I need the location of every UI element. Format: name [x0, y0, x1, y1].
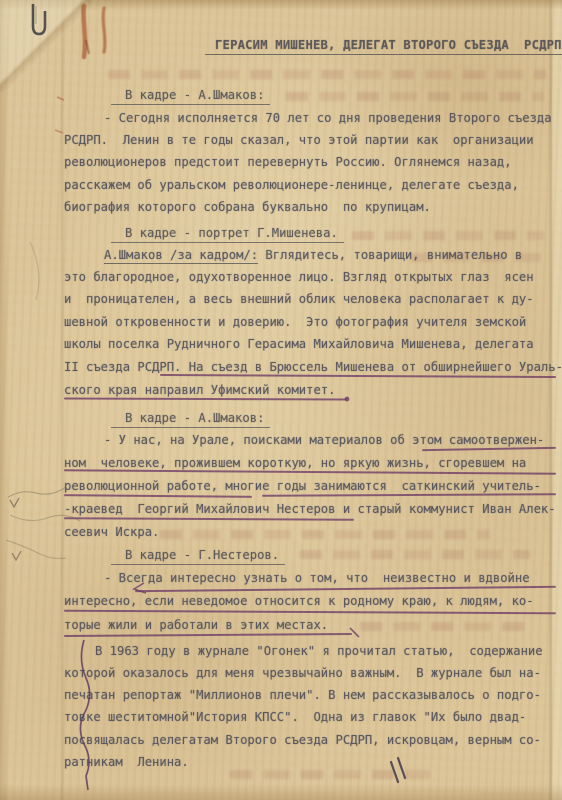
ink-underline: [64, 494, 252, 497]
scene-heading-4: В кадре - Г.Нестеров.: [111, 548, 285, 565]
double-slash-mark: [391, 758, 405, 782]
paragraph-4-line-3: торые жили и работали в этих местах.: [64, 618, 328, 632]
document-title: ГЕРАСИМ МИШЕНЕВ, ДЕЛЕГАТ ВТОРОГО СЪЕЗДА …: [205, 38, 562, 55]
ink-underline: [135, 586, 556, 592]
paragraph-5-line-3: печатан репортаж "Миллионов плечи". В не…: [64, 688, 541, 702]
paragraph-2-line-3: и проницателен, а весь внешний облик чел…: [64, 292, 534, 306]
red-margin-dashes: [55, 97, 64, 133]
ghost-text-line: [300, 550, 530, 559]
scene-heading-2: В кадре - портрет Г.Мишенева.: [111, 226, 344, 243]
speaker-label: А.Шмаков /за кадром/:: [104, 248, 258, 264]
ghost-text-line: [230, 770, 430, 779]
paragraph-2-line-1-rest: Вглядитесь, товарищи, внимательно в: [258, 248, 522, 262]
paragraph-1-line-2: РСДРП. Ленин в те годы сказал, что этой …: [64, 133, 534, 147]
typescript-page: ГЕРАСИМ МИШЕНЕВ, ДЕЛЕГАТ ВТОРОГО СЪЕЗДА …: [0, 0, 562, 800]
paragraph-4-line-1: - Всегда интересно узнать о том, что неи…: [104, 571, 530, 585]
ink-underline: [64, 398, 347, 401]
ghost-text-line: [108, 70, 546, 79]
paragraph-3-line-2: ном человеке, прожившем короткую, но ярк…: [64, 456, 526, 470]
scene-heading-1: В кадре - А.Шмаков:: [111, 88, 270, 105]
paragraph-5-line-4: товке шеститомной"История КПСС". Одна из…: [64, 710, 526, 724]
paragraph-5-line-5: посвящалась делегатам Второго съезда РСД…: [64, 733, 541, 747]
ink-underline: [64, 517, 354, 520]
ink-underline: [262, 493, 556, 496]
ghost-text-line: [286, 92, 544, 101]
paragraph-2-line-6: II съезда РСДРП. На съезд в Брюссель Миш…: [64, 360, 562, 374]
paragraph-3-line-5: сеевич Искра.: [64, 525, 159, 539]
paragraph-1-line-5: биография которого собрана буквально по …: [64, 200, 431, 214]
paragraph-2-line-7: ского края направил Уфимский комитет.: [64, 383, 336, 397]
scene-heading-3: В кадре - А.Шмаков:: [111, 411, 270, 428]
paragraph-1-line-1: - Сегодня исполняется 70 лет со дня пров…: [104, 111, 552, 125]
ghost-text-line: [160, 530, 490, 539]
torn-corner-crease: [0, 0, 92, 92]
paragraph-3-line-4: -краевед Георгий Михайлович Нестеров и с…: [64, 502, 556, 516]
ghost-text-line: [360, 622, 530, 631]
paragraph-5-line-2: которой оказалось для меня чрезвычайно в…: [64, 666, 541, 680]
ink-underline: [64, 469, 556, 474]
ink-underline: [64, 633, 352, 637]
ink-underline: [422, 447, 556, 451]
paragraph-1-line-3: революционеров предстоит перевернуть Рос…: [64, 155, 512, 169]
paragraph-5-line-6: ратникам Ленина.: [64, 755, 189, 769]
ink-underline: [64, 610, 556, 614]
ink-underline: [160, 374, 556, 378]
paragraph-2-line-1: А.Шмаков /за кадром/: Вглядитесь, товари…: [104, 248, 522, 262]
ghost-text-line: [352, 231, 544, 240]
paragraph-4-line-2: интересно, если неведомое относится к ро…: [64, 594, 534, 608]
paragraph-5-line-1: В 1963 году в журнале "Огонек" я прочита…: [95, 644, 543, 658]
paragraph-3-line-1: - У нас, на Урале, поисками материалов о…: [104, 433, 544, 447]
paragraph-3-line-3: революционной работе, многие годы занима…: [64, 479, 541, 493]
paragraph-2-line-5: школы поселка Рудничного Герасима Михайл…: [64, 337, 534, 351]
paragraph-2-line-2: это благородное, одухотворенное лицо. Вз…: [64, 270, 534, 284]
paragraph-2-line-4: шевной откровенности и доверию. Это фото…: [64, 315, 526, 329]
paragraph-1-line-4: расскажем об уральском революционере-лен…: [64, 178, 519, 192]
